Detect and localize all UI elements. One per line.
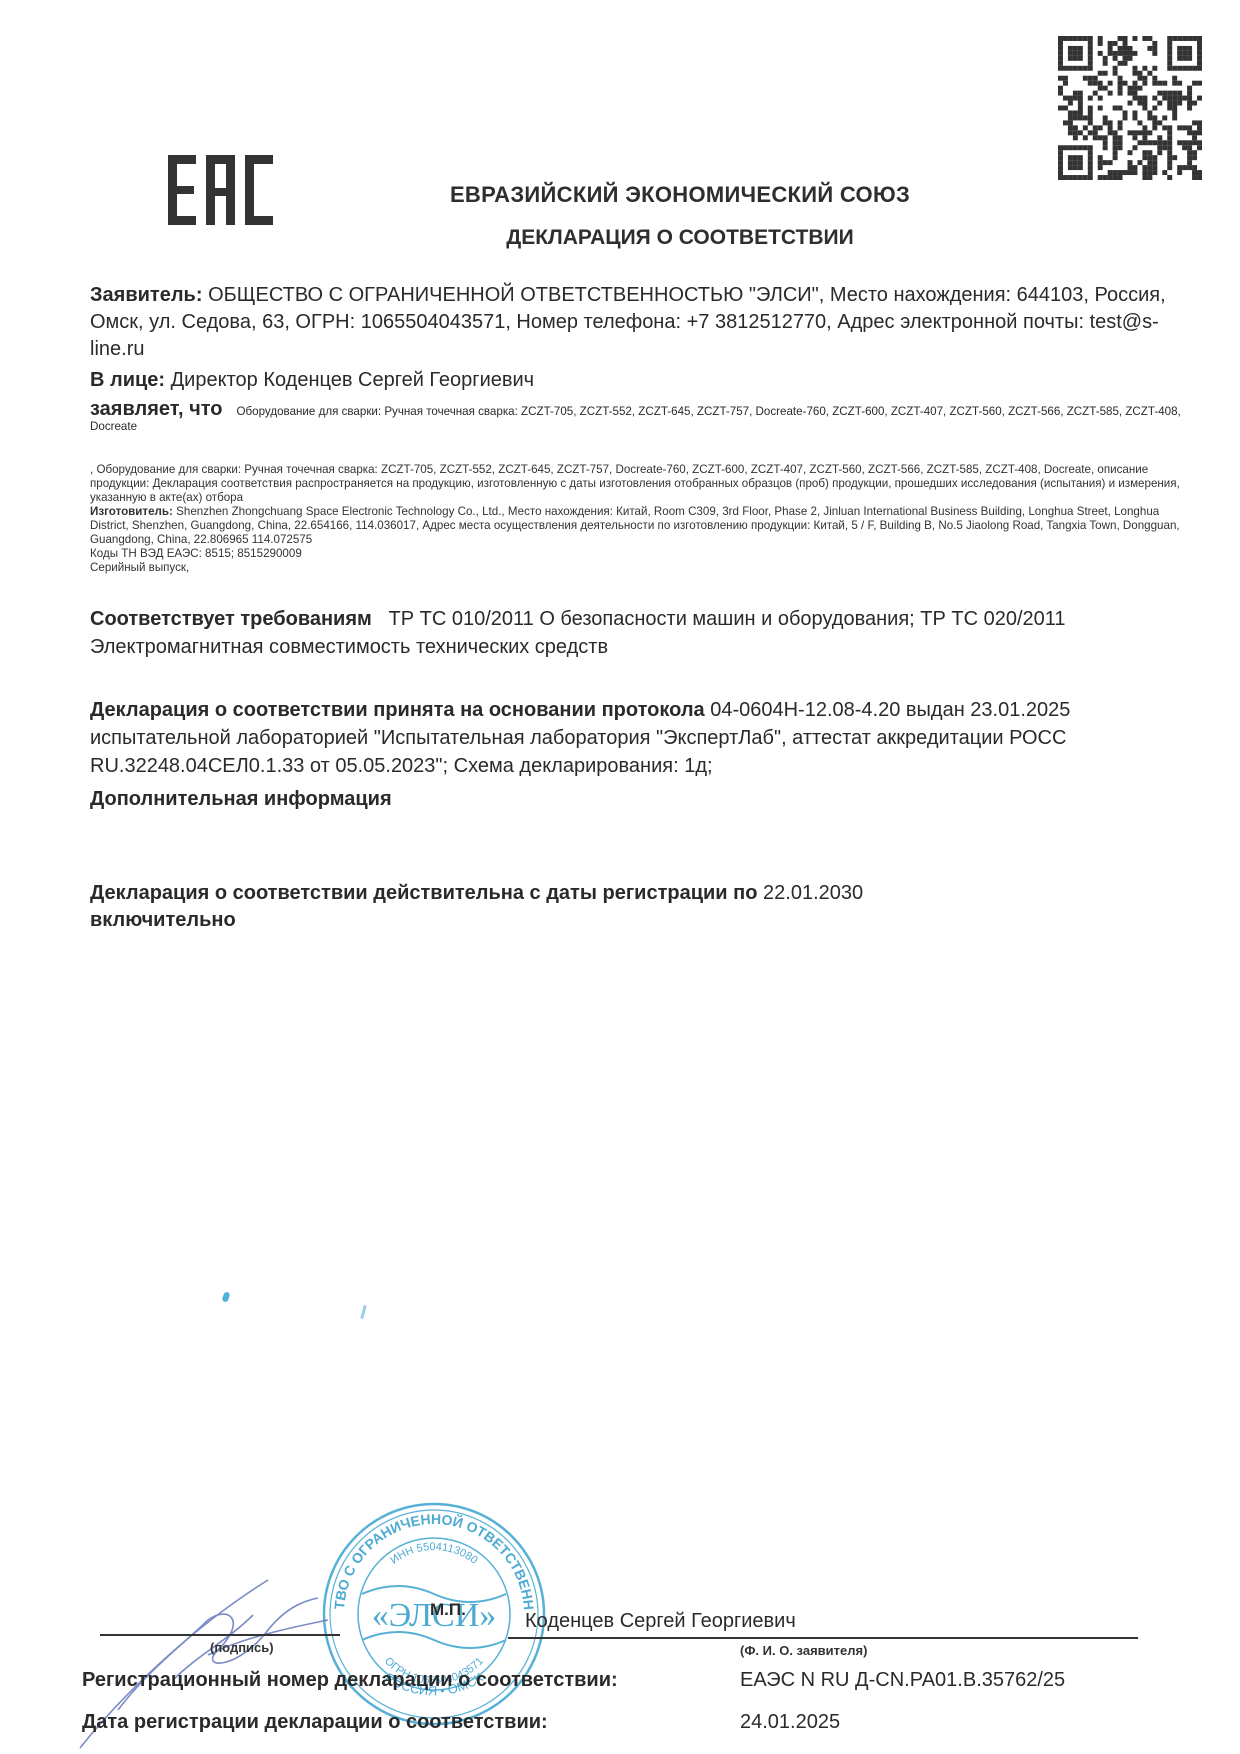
registration-date-label: Дата регистрации декларации о соответств… xyxy=(82,1711,548,1734)
person-section: В лице: Директор Коденцев Сергей Георгие… xyxy=(90,367,1190,394)
signature-caption: (подпись) xyxy=(210,1640,274,1655)
basis-section: Декларация о соответствии принята на осн… xyxy=(90,696,1190,780)
claims-text: Оборудование для сварки: Ручная точечная… xyxy=(90,405,1181,433)
person-text: Директор Коденцев Сергей Георгиевич xyxy=(171,369,534,391)
manufacturer-label: Изготовитель: xyxy=(90,505,173,518)
registration-number: ЕАЭС N RU Д-CN.РА01.В.35762/25 xyxy=(740,1669,1065,1692)
ink-speck xyxy=(221,1291,230,1302)
product-description: , Оборудование для сварки: Ручная точечн… xyxy=(90,463,1190,505)
ink-speck xyxy=(360,1305,367,1319)
union-title: ЕВРАЗИЙСКИЙ ЭКОНОМИЧЕСКИЙ СОЮЗ xyxy=(0,182,1240,208)
applicant-label: Заявитель: xyxy=(90,284,203,306)
validity-section: Декларация о соответствии действительна … xyxy=(90,880,1190,934)
validity-suffix: включительно xyxy=(90,909,236,931)
basis-label: Декларация о соответствии принята на осн… xyxy=(90,699,705,721)
stamp-place-label: М.П. xyxy=(430,1600,466,1620)
qr-code xyxy=(1058,36,1202,180)
signature-line xyxy=(100,1634,340,1636)
requirements-label: Соответствует требованиям xyxy=(90,608,372,630)
additional-info-heading: Дополнительная информация xyxy=(90,786,1190,813)
name-caption: (Ф. И. О. заявителя) xyxy=(740,1643,867,1658)
registration-number-label: Регистрационный номер декларации о соотв… xyxy=(82,1669,618,1692)
hs-codes: Коды ТН ВЭД ЕАЭС: 8515; 8515290009 xyxy=(90,547,1190,561)
registration-date: 24.01.2025 xyxy=(740,1711,840,1734)
person-label: В лице: xyxy=(90,369,165,391)
applicant-section: Заявитель: ОБЩЕСТВО С ОГРАНИЧЕННОЙ ОТВЕТ… xyxy=(90,282,1190,363)
applicant-text: ОБЩЕСТВО С ОГРАНИЧЕННОЙ ОТВЕТСТВЕННОСТЬЮ… xyxy=(90,284,1166,360)
claims-section: заявляет, чтоОборудование для сварки: Ру… xyxy=(90,402,1190,434)
validity-label: Декларация о соответствии действительна … xyxy=(90,882,757,904)
signer-name: Коденцев Сергей Георгиевич xyxy=(525,1610,796,1633)
claims-label: заявляет, что xyxy=(90,398,223,420)
requirements-section: Соответствует требованиям ТР ТС 010/2011… xyxy=(90,605,1190,661)
release-type: Серийный выпуск, xyxy=(90,561,1190,575)
name-line xyxy=(508,1637,1138,1639)
validity-date: 22.01.2030 xyxy=(763,882,863,904)
manufacturer-line: Изготовитель: Shenzhen Zhongchuang Space… xyxy=(90,505,1190,547)
document-title: ДЕКЛАРАЦИЯ О СООТВЕТСТВИИ xyxy=(0,226,1240,250)
product-section: , Оборудование для сварки: Ручная точечн… xyxy=(90,463,1190,575)
manufacturer-text: Shenzhen Zhongchuang Space Electronic Te… xyxy=(90,505,1180,546)
